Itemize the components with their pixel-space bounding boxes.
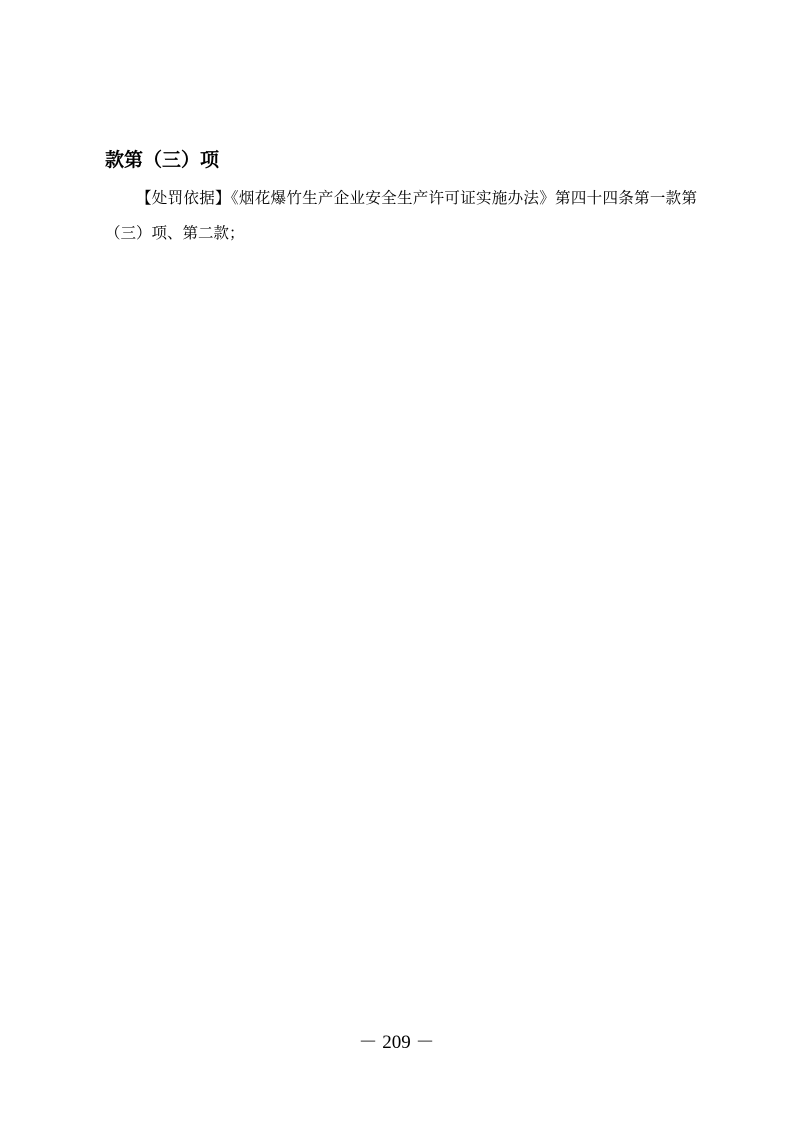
page-number: － 209 － — [0, 1027, 793, 1054]
section-heading: 款第（三）项 — [105, 148, 219, 172]
penalty-basis-paragraph: 【处罚依据】《烟花爆竹生产企业安全生产许可证实施办法》第四十四条第一款第（三）项… — [105, 181, 697, 251]
